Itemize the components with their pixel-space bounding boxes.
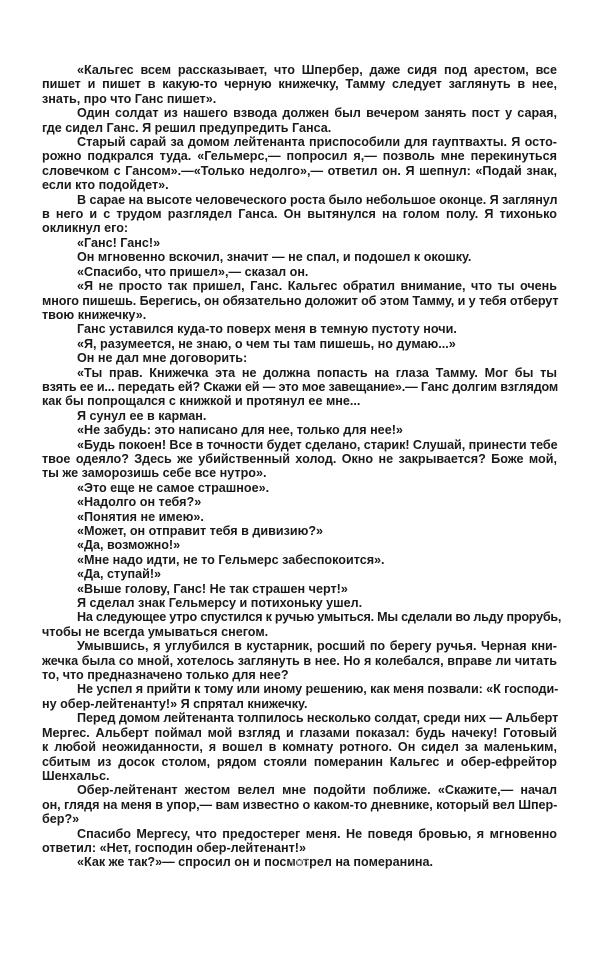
paragraph: «Надолго он тебя?»	[42, 495, 557, 509]
text-line: бер?»	[42, 812, 557, 826]
text-line: «Не забудь: это написано для нее, только…	[42, 423, 557, 437]
page-body: «Кальгес всем рассказывает, что Шпербер,…	[42, 63, 557, 870]
text-line: «Надолго он тебя?»	[42, 495, 557, 509]
text-line: «Будь покоен! Все в точности будет сдела…	[42, 438, 557, 452]
text-line: «Да, ступай!»	[42, 567, 557, 581]
text-line: твое одеяло? Здесь же убийственный холод…	[42, 452, 557, 466]
text-line: знать, про что Ганс пишет».	[42, 92, 557, 106]
paragraph: «Да, ступай!»	[42, 567, 557, 581]
paragraph: «Может, он отправит тебя в дивизию?»	[42, 524, 557, 538]
text-line: чтобы не всегда умываться снегом.	[42, 625, 557, 639]
text-line: Не успел я прийти к тому или иному решен…	[42, 682, 557, 696]
text-line: твою книжечку».	[42, 308, 557, 322]
text-line: «Может, он отправит тебя в дивизию?»	[42, 524, 557, 538]
text-line: Он не дал мне договорить:	[42, 351, 557, 365]
paragraph: «Кальгес всем рассказывает, что Шпербер,…	[42, 63, 557, 106]
text-line: Мергес. Альберт поймал мой взгляд и глаз…	[42, 726, 557, 740]
text-line: «Выше голову, Ганс! Не так страшен черт!…	[42, 582, 557, 596]
paragraph: «Это еще не самое страшное».	[42, 481, 557, 495]
text-line: «Я, разумеется, не знаю, о чем ты там пи…	[42, 337, 557, 351]
text-line: «Ганс! Ганс!»	[42, 236, 557, 250]
text-line: к любой неожиданности, я вошел в комнату…	[42, 740, 557, 754]
paragraph: Не успел я прийти к тому или иному решен…	[42, 682, 557, 711]
paragraph: Обер-лейтенант жестом велел мне подойти …	[42, 783, 557, 826]
text-line: рожно подкрался туда. «Гельмерс,— попрос…	[42, 149, 557, 163]
text-line: «Ты прав. Книжечка эта не должна попасть…	[42, 366, 557, 380]
text-line: окликнул его:	[42, 221, 557, 235]
paragraph: «Мне надо идти, не то Гельмерс забеспоко…	[42, 553, 557, 567]
text-line: ответил: «Нет, господин обер-лейтенант!»	[42, 841, 557, 855]
text-line: где сидел Ганс. Я решил предупредить Ган…	[42, 121, 557, 135]
paragraph: На следующее утро спустился к ручью умыт…	[42, 610, 557, 639]
text-line: много пишешь. Берегись, он обязательно д…	[42, 294, 557, 308]
paragraph: Один солдат из нашего взвода должен был …	[42, 106, 557, 135]
text-line: то, что предназначено только для нее?	[42, 668, 557, 682]
page-number: 105	[0, 855, 600, 870]
paragraph: «Не забудь: это написано для нее, только…	[42, 423, 557, 437]
paragraph: «Будь покоен! Все в точности будет сдела…	[42, 438, 557, 481]
paragraph: «Я не просто так пришел, Ганс. Кальгес о…	[42, 279, 557, 322]
paragraph: В сарае на высоте человеческого роста бы…	[42, 193, 557, 236]
text-line: жечка была со мной, хотелось заглянуть в…	[42, 654, 557, 668]
text-line: ну обер-лейтенанту!» Я спрятал книжечку.	[42, 697, 557, 711]
paragraph: «Ганс! Ганс!»	[42, 236, 557, 250]
text-line: сбитым из досок столом, рядом стояли пом…	[42, 755, 557, 769]
text-line: Я сделал знак Гельмерсу и потихоньку уше…	[42, 596, 557, 610]
text-line: «Мне надо идти, не то Гельмерс забеспоко…	[42, 553, 557, 567]
paragraph: Он не дал мне договорить:	[42, 351, 557, 365]
text-line: Один солдат из нашего взвода должен был …	[42, 106, 557, 120]
text-line: На следующее утро спустился к ручью умыт…	[42, 610, 557, 624]
text-line: Перед домом лейтенанта толпилось несколь…	[42, 711, 557, 725]
paragraph: Я сунул ее в карман.	[42, 409, 557, 423]
text-line: Ганс уставился куда-то поверх меня в тем…	[42, 322, 557, 336]
paragraph: Старый сарай за домом лейтенанта приспос…	[42, 135, 557, 193]
text-line: «Понятия не имею».	[42, 510, 557, 524]
text-line: словечком с Гансом».—«Только недолго»,— …	[42, 164, 557, 178]
paragraph: «Ты прав. Книжечка эта не должна попасть…	[42, 366, 557, 409]
paragraph: Умывшись, я углубился в кустарник, росши…	[42, 639, 557, 682]
text-line: в него и с трудом разглядел Ганса. Он вы…	[42, 207, 557, 221]
text-line: Умывшись, я углубился в кустарник, росши…	[42, 639, 557, 653]
text-line: он, глядя на меня в упор,— вам известно …	[42, 798, 557, 812]
text-line: Шенхальс.	[42, 769, 557, 783]
text-line: Он мгновенно вскочил, значит — не спал, …	[42, 250, 557, 264]
paragraph: «Да, возможно!»	[42, 538, 557, 552]
paragraph: Спасибо Мергесу, что предостерег меня. Н…	[42, 827, 557, 856]
text-line: взять ее и... передать ей? Скажи ей — эт…	[42, 380, 557, 394]
paragraph: Я сделал знак Гельмерсу и потихоньку уше…	[42, 596, 557, 610]
text-line: Обер-лейтенант жестом велел мне подойти …	[42, 783, 557, 797]
text-line: пишет и пишет в какую-то черную книжечку…	[42, 77, 557, 91]
text-line: «Да, возможно!»	[42, 538, 557, 552]
paragraph: «Я, разумеется, не знаю, о чем ты там пи…	[42, 337, 557, 351]
paragraph: «Выше голову, Ганс! Не так страшен черт!…	[42, 582, 557, 596]
text-line: «Кальгес всем рассказывает, что Шпербер,…	[42, 63, 557, 77]
paragraph: Он мгновенно вскочил, значит — не спал, …	[42, 250, 557, 264]
paragraph: Ганс уставился куда-то поверх меня в тем…	[42, 322, 557, 336]
paragraph: «Спасибо, что пришел»,— сказал он.	[42, 265, 557, 279]
text-line: Спасибо Мергесу, что предостерег меня. Н…	[42, 827, 557, 841]
text-line: как бы попрощался с книжкой и протянул е…	[42, 394, 557, 408]
text-line: Я сунул ее в карман.	[42, 409, 557, 423]
text-line: если кто подойдет».	[42, 178, 557, 192]
text-line: Старый сарай за домом лейтенанта приспос…	[42, 135, 557, 149]
paragraph: Перед домом лейтенанта толпилось несколь…	[42, 711, 557, 783]
text-line: «Это еще не самое страшное».	[42, 481, 557, 495]
paragraph: «Понятия не имею».	[42, 510, 557, 524]
text-line: «Я не просто так пришел, Ганс. Кальгес о…	[42, 279, 557, 293]
text-line: «Спасибо, что пришел»,— сказал он.	[42, 265, 557, 279]
text-line: В сарае на высоте человеческого роста бы…	[42, 193, 557, 207]
text-line: ты же заморозишь себе все нутро».	[42, 466, 557, 480]
